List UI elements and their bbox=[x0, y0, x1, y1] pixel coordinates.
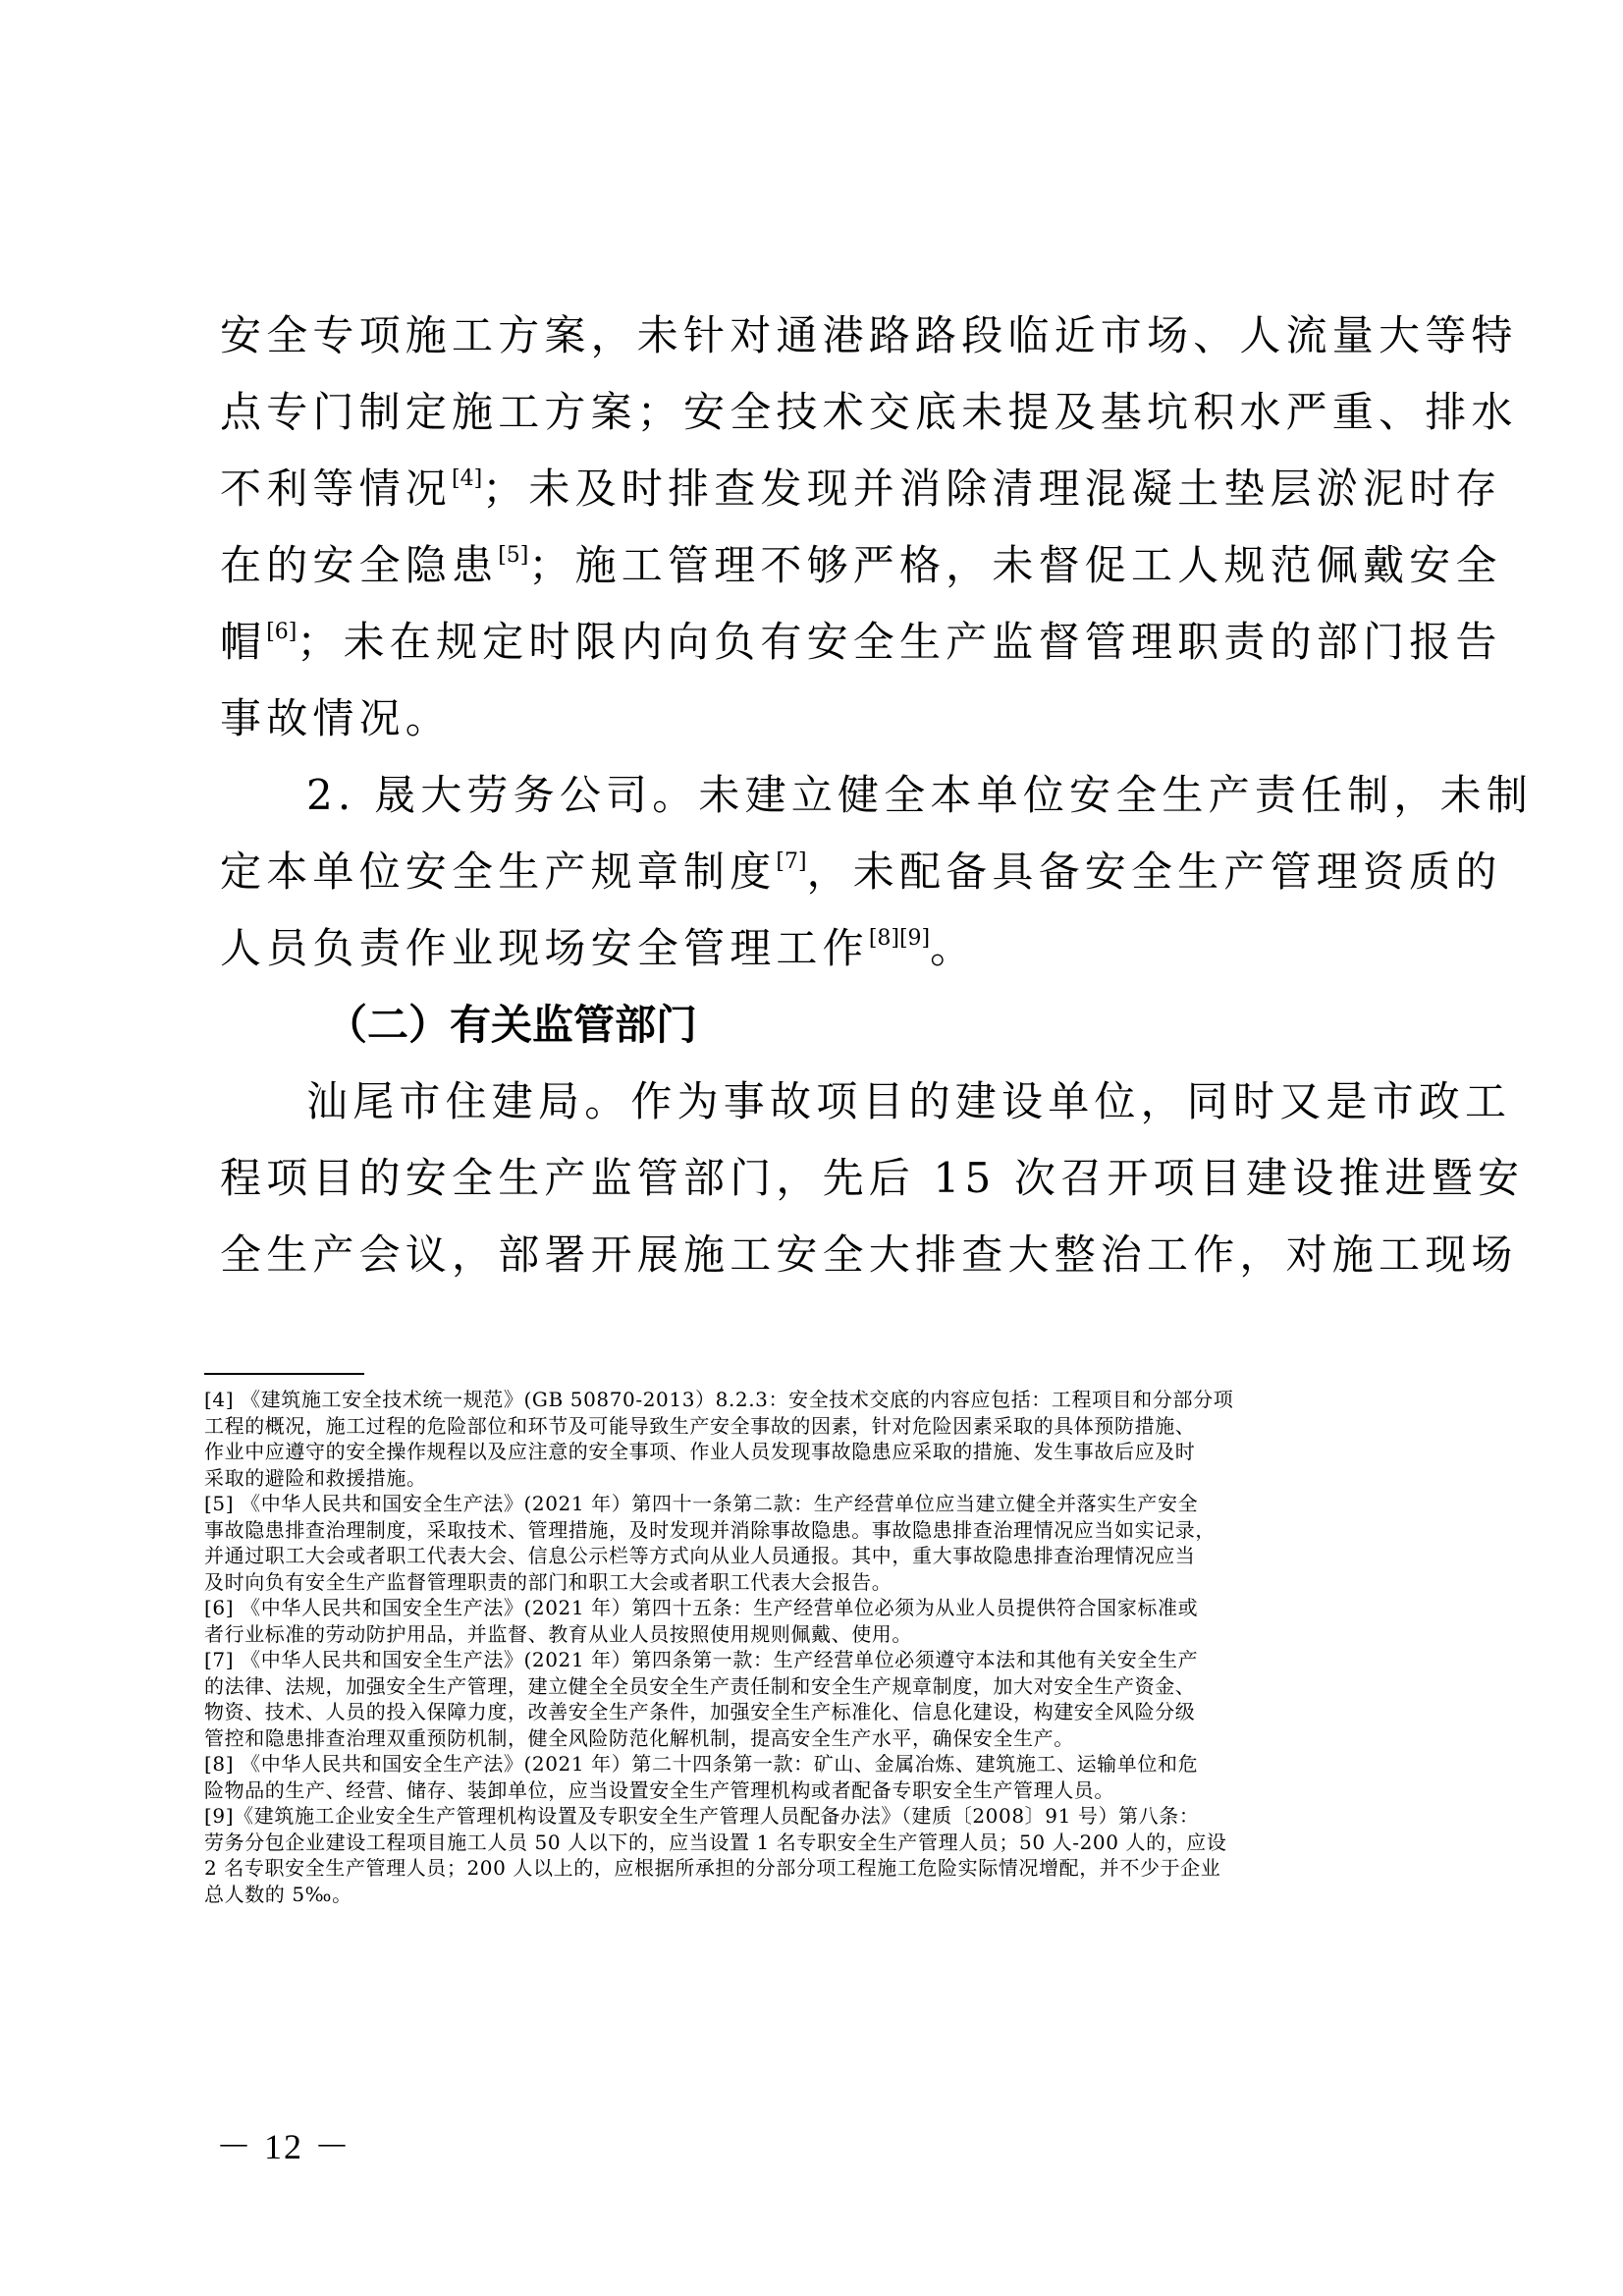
page-number: － 12 － bbox=[216, 2119, 352, 2169]
footnote-line: 事故隐患排查治理制度，采取技术、管理措施，及时发现并消除事故隐患。事故隐患排查治… bbox=[204, 1517, 1441, 1544]
footnote-line: 及时向负有安全生产监督管理职责的部门和职工大会或者职工代表大会报告。 bbox=[204, 1569, 1441, 1596]
footnote-line: 的法律、法规，加强安全生产管理，建立健全全员安全生产责任制和安全生产规章制度，加… bbox=[204, 1673, 1441, 1700]
text-segment: 《建筑施工安全技术统一规范》(GB 50870-2013）8.2.3：安全技术交… bbox=[241, 1388, 1233, 1411]
text-segment: 《建筑施工企业安全生产管理机构设置及专职安全生产管理人员配备办法》（建质〔200… bbox=[234, 1804, 1199, 1828]
text-line: 点专门制定施工方案；安全技术交底未提及基坑积水严重、排水 bbox=[220, 374, 1445, 451]
text-segment: ；未及时排查发现并消除清理混凝土垫层淤泥时存 bbox=[482, 465, 1501, 513]
footnote-line: 管控和隐患排查治理双重预防机制，健全风险防范化解机制，提高安全生产水平，确保安全… bbox=[204, 1725, 1441, 1752]
footnote-line: 者行业标准的劳动防护用品，并监督、教育从业人员按照使用规则佩戴、使用。 bbox=[204, 1621, 1441, 1648]
text-line: 不利等情况[4]；未及时排查发现并消除清理混凝土垫层淤泥时存 bbox=[220, 451, 1445, 527]
text-segment: 在的安全隐患 bbox=[220, 541, 498, 589]
section-heading: （二）有关监管部门 bbox=[220, 987, 1445, 1064]
footnote-ref-8-9[interactable]: [8][9] bbox=[869, 926, 930, 951]
footnote-marker: [7] bbox=[204, 1648, 234, 1671]
footnote-4: [4] 《建筑施工安全技术统一规范》(GB 50870-2013）8.2.3：安… bbox=[204, 1387, 1441, 1491]
text-segment: 帽 bbox=[220, 618, 266, 666]
text-segment: 《中华人民共和国安全生产法》(2021 年）第四十五条：生产经营单位必须为从业人… bbox=[241, 1596, 1198, 1619]
footnote-ref-6[interactable]: [6] bbox=[266, 620, 297, 644]
text-segment: 定本单位安全生产规章制度 bbox=[220, 847, 776, 896]
footnote-line: 物资、技术、人员的投入保障力度，改善安全生产条件，加强安全生产标准化、信息化建设… bbox=[204, 1699, 1441, 1725]
footnote-line: 险物品的生产、经营、储存、装卸单位，应当设置安全生产管理机构或者配备专职安全生产… bbox=[204, 1777, 1441, 1804]
footnote-marker: [8] bbox=[204, 1752, 234, 1776]
footnote-line: 总人数的 5‰。 bbox=[204, 1882, 1441, 1908]
footnote-8: [8] 《中华人民共和国安全生产法》(2021 年）第二十四条第一款：矿山、金属… bbox=[204, 1751, 1441, 1803]
text-line: 定本单位安全生产规章制度[7]，未配备具备安全生产管理资质的 bbox=[220, 834, 1445, 910]
text-line: 全生产会议，部署开展施工安全大排查大整治工作，对施工现场 bbox=[220, 1217, 1445, 1293]
footnote-line: [5] 《中华人民共和国安全生产法》(2021 年）第四十一条第二款：生产经营单… bbox=[204, 1491, 1441, 1517]
text-segment: 。 bbox=[930, 924, 976, 972]
footnote-marker: [5] bbox=[204, 1492, 234, 1515]
footnote-5: [5] 《中华人民共和国安全生产法》(2021 年）第四十一条第二款：生产经营单… bbox=[204, 1491, 1441, 1595]
footnote-line: [7] 《中华人民共和国安全生产法》(2021 年）第四条第一款：生产经营单位必… bbox=[204, 1647, 1441, 1673]
text-segment: 《中华人民共和国安全生产法》(2021 年）第四条第一款：生产经营单位必须遵守本… bbox=[241, 1648, 1198, 1671]
footnote-line: 工程的概况，施工过程的危险部位和环节及可能导致生产安全事故的因素，针对危险因素采… bbox=[204, 1413, 1441, 1440]
text-segment: ，未配备具备安全生产管理资质的 bbox=[807, 847, 1502, 896]
footnote-ref-5[interactable]: [5] bbox=[498, 543, 528, 568]
footnotes: [4] 《建筑施工安全技术统一规范》(GB 50870-2013）8.2.3：安… bbox=[204, 1387, 1441, 1907]
text-line: 帽[6]；未在规定时限内向负有安全生产监督管理职责的部门报告 bbox=[220, 604, 1445, 681]
footnote-line: [8] 《中华人民共和国安全生产法》(2021 年）第二十四条第一款：矿山、金属… bbox=[204, 1751, 1441, 1777]
text-line: 在的安全隐患[5]；施工管理不够严格，未督促工人规范佩戴安全 bbox=[220, 527, 1445, 604]
document-page: 安全专项施工方案，未针对通港路路段临近市场、人流量大等特 点专门制定施工方案；安… bbox=[0, 0, 1623, 2296]
footnote-line: 作业中应遵守的安全操作规程以及应注意的安全事项、作业人员发现事故隐患应采取的措施… bbox=[204, 1439, 1441, 1465]
body-text: 安全专项施工方案，未针对通港路路段临近市场、人流量大等特 点专门制定施工方案；安… bbox=[220, 298, 1445, 1293]
text-line: 人员负责作业现场安全管理工作[8][9]。 bbox=[220, 910, 1445, 987]
footnote-7: [7] 《中华人民共和国安全生产法》(2021 年）第四条第一款：生产经营单位必… bbox=[204, 1647, 1441, 1751]
text-segment: 不利等情况 bbox=[220, 465, 452, 513]
footnote-line: 2 名专职安全生产管理人员；200 人以上的，应根据所承担的分部分项工程施工危险… bbox=[204, 1855, 1441, 1882]
footnote-marker: [4] bbox=[204, 1388, 234, 1411]
text-segment: 人员负责作业现场安全管理工作 bbox=[220, 924, 869, 972]
footnote-line: [6] 《中华人民共和国安全生产法》(2021 年）第四十五条：生产经营单位必须… bbox=[204, 1595, 1441, 1621]
footnote-separator bbox=[204, 1373, 364, 1375]
text-segment: ；施工管理不够严格，未督促工人规范佩戴安全 bbox=[528, 541, 1501, 589]
footnote-6: [6] 《中华人民共和国安全生产法》(2021 年）第四十五条：生产经营单位必须… bbox=[204, 1595, 1441, 1647]
footnote-line: 采取的避险和救援措施。 bbox=[204, 1465, 1441, 1492]
paragraph-labor-company: 2. 晟大劳务公司。未建立健全本单位安全生产责任制，未制 定本单位安全生产规章制… bbox=[220, 757, 1445, 987]
footnote-marker: [6] bbox=[204, 1596, 234, 1619]
paragraph-contractor-violations: 安全专项施工方案，未针对通港路路段临近市场、人流量大等特 点专门制定施工方案；安… bbox=[220, 298, 1445, 757]
text-line: 2. 晟大劳务公司。未建立健全本单位安全生产责任制，未制 bbox=[220, 757, 1445, 834]
text-line: 汕尾市住建局。作为事故项目的建设单位，同时又是市政工 bbox=[220, 1064, 1445, 1140]
text-segment: 《中华人民共和国安全生产法》(2021 年）第二十四条第一款：矿山、金属冶炼、建… bbox=[241, 1752, 1198, 1776]
footnote-line: 劳务分包企业建设工程项目施工人员 50 人以下的，应当设置 1 名专职安全生产管… bbox=[204, 1830, 1441, 1856]
footnote-line: 并通过职工大会或者职工代表大会、信息公示栏等方式向从业人员通报。其中，重大事故隐… bbox=[204, 1543, 1441, 1569]
paragraph-housing-bureau: 汕尾市住建局。作为事故项目的建设单位，同时又是市政工 程项目的安全生产监管部门，… bbox=[220, 1064, 1445, 1293]
text-line: 事故情况。 bbox=[220, 681, 1445, 757]
footnote-ref-7[interactable]: [7] bbox=[776, 849, 806, 874]
footnote-9: [9]《建筑施工企业安全生产管理机构设置及专职安全生产管理人员配备办法》（建质〔… bbox=[204, 1803, 1441, 1907]
footnote-ref-4[interactable]: [4] bbox=[452, 466, 482, 491]
text-line: 安全专项施工方案，未针对通港路路段临近市场、人流量大等特 bbox=[220, 298, 1445, 374]
footnote-marker: [9] bbox=[204, 1804, 234, 1828]
text-segment: ；未在规定时限内向负有安全生产监督管理职责的部门报告 bbox=[297, 618, 1501, 666]
footnote-line: [4] 《建筑施工安全技术统一规范》(GB 50870-2013）8.2.3：安… bbox=[204, 1387, 1441, 1413]
text-line: 程项目的安全生产监管部门，先后 15 次召开项目建设推进暨安 bbox=[220, 1140, 1445, 1217]
footnote-line: [9]《建筑施工企业安全生产管理机构设置及专职安全生产管理人员配备办法》（建质〔… bbox=[204, 1803, 1441, 1830]
text-segment: 《中华人民共和国安全生产法》(2021 年）第四十一条第二款：生产经营单位应当建… bbox=[241, 1492, 1198, 1515]
